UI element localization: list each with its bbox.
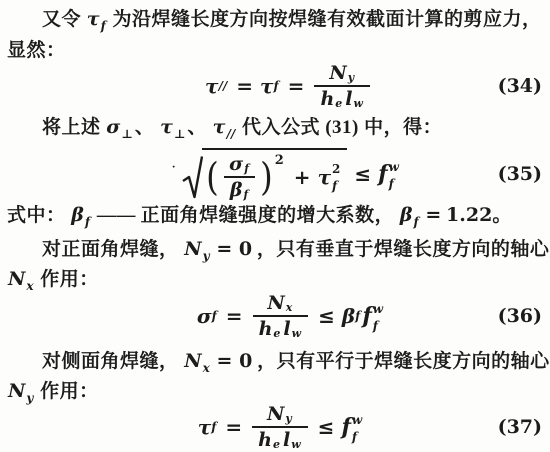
math-symbol-N: N: [184, 350, 201, 372]
cjk-text: 作用：: [40, 381, 99, 402]
math-subscript: y: [348, 71, 354, 84]
left-paren: (: [206, 158, 219, 196]
sup-sub-stack: wf: [373, 303, 383, 332]
math-subscript: x: [203, 361, 210, 375]
em-dash: ——: [97, 205, 136, 226]
equation-number: (37): [498, 416, 542, 438]
cjk-text: 将上述: [42, 117, 101, 138]
math-superscript: 2: [332, 163, 340, 175]
paren-exponent: 2: [275, 153, 284, 168]
equation-37: τf = Ny helw ≤ f wf (37): [0, 402, 550, 452]
math-symbol-tau: τ: [87, 8, 100, 30]
math-subscript: e: [273, 327, 280, 340]
math-symbol-tau: τ: [318, 165, 331, 189]
fraction-numerator: Ny: [261, 403, 299, 426]
fraction: Nx helw: [253, 292, 309, 340]
equals-operator: =: [236, 74, 253, 98]
math-symbol-beta: β: [230, 179, 243, 201]
math-symbol-tau: τ: [160, 116, 173, 138]
fraction: σf βf: [223, 153, 256, 201]
math-subscript: y: [285, 412, 291, 425]
cjk-separator: 、: [135, 117, 155, 138]
math-symbol-l: l: [345, 88, 352, 110]
right-paren: ): [260, 158, 273, 196]
math-symbol-N: N: [267, 403, 284, 425]
math-subscript: ⊥: [174, 127, 186, 141]
fraction-denominator: helw: [252, 426, 308, 451]
formula-34: τ// = τf = Ny helw: [205, 62, 373, 110]
math-subscript: w: [291, 438, 300, 451]
paragraph-5-line-1: 对侧面角焊缝， Nx = 0 ，只有平行于焊缝长度方向的轴心力: [42, 348, 550, 381]
math-symbol-N: N: [267, 292, 284, 314]
math-subscript: f: [212, 309, 217, 323]
plus-operator: +: [294, 165, 311, 189]
radicand: ( σf βf ) 2 + τ 2f: [202, 148, 347, 201]
math-subscript: w: [353, 97, 362, 110]
equation-number: (35): [498, 163, 542, 185]
formula-36: σf = Nx helw ≤ βf f wf: [197, 292, 383, 340]
math-symbol-beta: β: [71, 204, 84, 226]
math-symbol-sigma: σ: [106, 116, 120, 138]
fraction-numerator: Nx: [261, 292, 299, 315]
math-symbol-l: l: [283, 429, 290, 451]
math-subscript: f: [101, 19, 106, 33]
value-text: 1.22: [446, 204, 492, 226]
fraction-numerator: Ny: [323, 62, 361, 85]
cjk-text: 为沿焊缝长度方向按焊缝有效截面计算的剪应力，: [112, 9, 541, 30]
math-symbol-tau: τ: [213, 116, 226, 138]
math-symbol-beta: β: [342, 304, 355, 328]
math-superscript: w: [352, 414, 362, 426]
fraction-denominator: βf: [224, 176, 255, 201]
math-symbol-N: N: [184, 238, 201, 260]
math-subscript: x: [286, 301, 293, 314]
equals-operator: =: [226, 304, 243, 328]
math-subscript: f: [332, 180, 337, 192]
paragraph-3: 式中： βf —— 正面角焊缝强度的增大系数， βf = 1.22。: [7, 202, 512, 235]
math-subscript: ⊥: [121, 127, 133, 141]
math-symbol-h: h: [320, 88, 334, 110]
math-subscript: e: [335, 97, 342, 110]
equation-number: (34): [498, 75, 542, 97]
cjk-period: 。: [492, 205, 512, 226]
math-symbol-f: f: [378, 161, 387, 187]
math-symbol-h: h: [258, 429, 272, 451]
math-symbol-N: N: [8, 268, 25, 290]
math-symbol-N: N: [329, 62, 346, 84]
math-symbol-beta: β: [400, 204, 413, 226]
math-subscript: y: [203, 249, 210, 263]
cjk-text: 代入公式 (31) 中，得：: [242, 117, 442, 138]
cjk-text: 又令: [42, 9, 81, 30]
sup-sub-stack: 2f: [332, 163, 340, 192]
cjk-text: 显然：: [7, 40, 66, 61]
equation-number: (36): [498, 305, 542, 327]
paragraph-4-line-1: 对正面角焊缝， Ny = 0 ，只有垂直于焊缝长度方向的轴心力: [42, 236, 550, 269]
square-root-radical-icon: [182, 154, 203, 201]
fraction-denominator: helw: [253, 315, 309, 340]
leq-operator: ≤: [354, 162, 371, 186]
cjk-text: 正面角焊缝强度的增大系数，: [141, 205, 395, 226]
fraction: Ny helw: [252, 403, 308, 451]
cjk-text: 对侧面角焊缝，: [42, 351, 179, 372]
equation-35: · ( σf βf ) 2 + τ 2f ≤ f wf: [0, 146, 550, 202]
math-subscript: f: [352, 431, 357, 443]
sup-sub-stack: wf: [352, 414, 362, 443]
math-symbol-tau: τ: [260, 74, 273, 98]
math-subscript: f: [274, 79, 279, 93]
cjk-text: 作用：: [40, 269, 99, 290]
equals-zero: = 0: [216, 238, 252, 260]
equals-operator: =: [425, 204, 441, 226]
document-page: 又令 τf 为沿焊缝长度方向按焊缝有效截面计算的剪应力， 显然： τ// = τ…: [0, 0, 550, 452]
math-subscript: f: [211, 420, 216, 434]
math-subscript: f: [413, 215, 418, 229]
cjk-text: 对正面角焊缝，: [42, 239, 179, 260]
scan-dot: ·: [171, 159, 176, 177]
math-symbol-N: N: [8, 380, 25, 402]
paragraph-2: 将上述 σ⊥、 τ⊥、 τ// 代入公式 (31) 中，得：: [42, 114, 442, 147]
math-symbol-f: f: [362, 303, 371, 329]
equals-operator: =: [288, 74, 305, 98]
math-superscript: w: [389, 161, 399, 173]
cjk-text: 式中：: [7, 205, 66, 226]
math-symbol-tau: τ: [205, 74, 218, 98]
fraction-numerator: σf: [223, 153, 256, 176]
math-subscript: e: [273, 438, 280, 451]
equals-zero: = 0: [217, 350, 253, 372]
math-symbol-l: l: [283, 318, 290, 340]
math-symbol-sigma: σ: [229, 153, 243, 175]
leq-operator: ≤: [318, 304, 335, 328]
cjk-separator: 、: [187, 117, 207, 138]
math-subscript: f: [244, 162, 249, 175]
math-subscript: f: [389, 178, 394, 190]
math-symbol-tau: τ: [198, 415, 211, 439]
math-subscript: //: [226, 127, 235, 141]
cjk-text: ，只有垂直于焊缝长度方向的轴心力: [257, 239, 550, 260]
equation-36: σf = Nx helw ≤ βf f wf (36): [0, 290, 550, 342]
math-symbol-sigma: σ: [197, 304, 212, 328]
math-subscript: f: [85, 215, 90, 229]
fraction-denominator: helw: [314, 85, 370, 110]
cjk-text: ，只有平行于焊缝长度方向的轴心力: [257, 351, 550, 372]
math-subscript: //: [219, 79, 228, 93]
sup-sub-stack: wf: [389, 161, 399, 190]
formula-35: · ( σf βf ) 2 + τ 2f ≤ f wf: [171, 148, 399, 201]
leq-operator: ≤: [318, 415, 335, 439]
equals-operator: =: [225, 415, 242, 439]
math-subscript: f: [243, 188, 248, 201]
math-subscript: w: [292, 327, 301, 340]
square-root: ( σf βf ) 2 + τ 2f: [182, 148, 347, 201]
math-symbol-f: f: [341, 414, 350, 440]
formula-37: τf = Ny helw ≤ f wf: [198, 403, 363, 451]
math-subscript: f: [355, 309, 360, 323]
paragraph-1-line-1: 又令 τf 为沿焊缝长度方向按焊缝有效截面计算的剪应力，: [42, 6, 542, 39]
math-symbol-h: h: [259, 318, 273, 340]
fraction: Ny helw: [314, 62, 370, 110]
equation-34: τ// = τf = Ny helw (34): [0, 60, 550, 112]
math-superscript: w: [373, 303, 383, 315]
math-subscript: f: [373, 320, 378, 332]
